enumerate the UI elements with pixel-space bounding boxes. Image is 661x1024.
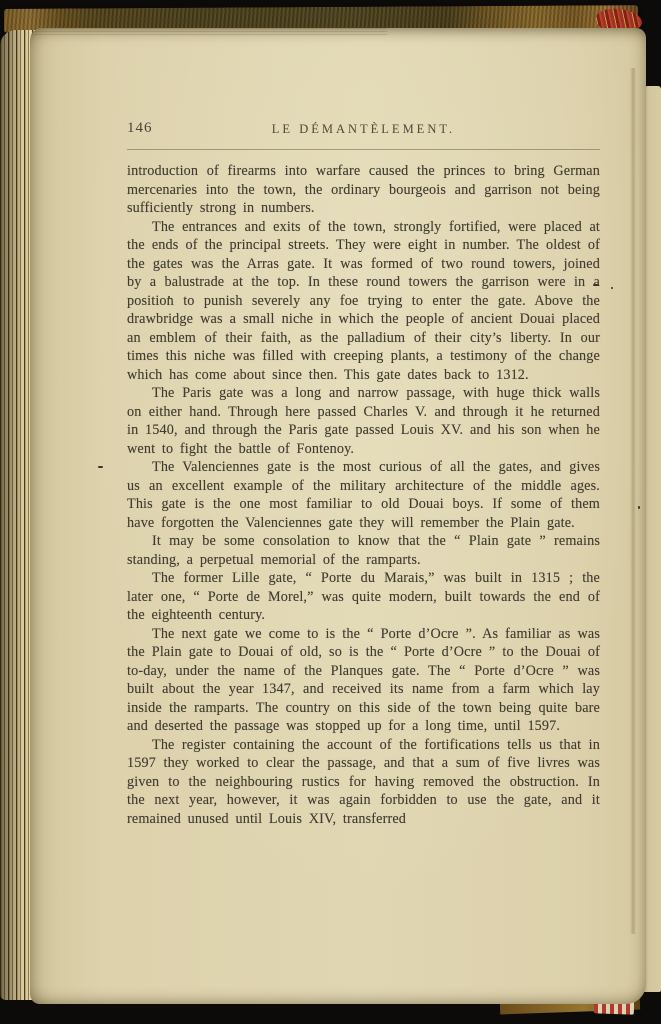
paragraph: The former Lille gate, “ Porte du Marais… <box>127 569 600 625</box>
page-header: 146 LE DÉMANTÈLEMENT. <box>127 120 600 138</box>
running-title: LE DÉMANTÈLEMENT. <box>127 122 600 137</box>
header-rule <box>127 149 600 150</box>
ink-speck <box>638 506 640 509</box>
scanned-book-photo: { "page": { "number": "146", "running_ti… <box>0 0 661 1024</box>
paragraph: The entrances and exits of the town, str… <box>127 218 600 385</box>
paragraph: introduction of firearms into warfare ca… <box>127 162 600 218</box>
page-crease <box>630 68 636 934</box>
leaf-edges-top <box>30 28 387 37</box>
ink-speck <box>611 287 613 289</box>
paragraph: It may be some consolation to know that … <box>127 532 600 569</box>
ink-speck <box>98 466 103 468</box>
paragraph: The register containing the account of t… <box>127 736 600 829</box>
ink-speck <box>593 284 599 286</box>
paragraph: The Valenciennes gate is the most curiou… <box>127 458 600 532</box>
ink-speck <box>168 296 170 298</box>
paragraph: The Paris gate was a long and narrow pas… <box>127 384 600 458</box>
body-text: introduction of firearms into warfare ca… <box>127 162 600 828</box>
book-page: 146 LE DÉMANTÈLEMENT. introduction of fi… <box>30 28 646 1004</box>
paragraph: The next gate we come to is the “ Porte … <box>127 625 600 736</box>
